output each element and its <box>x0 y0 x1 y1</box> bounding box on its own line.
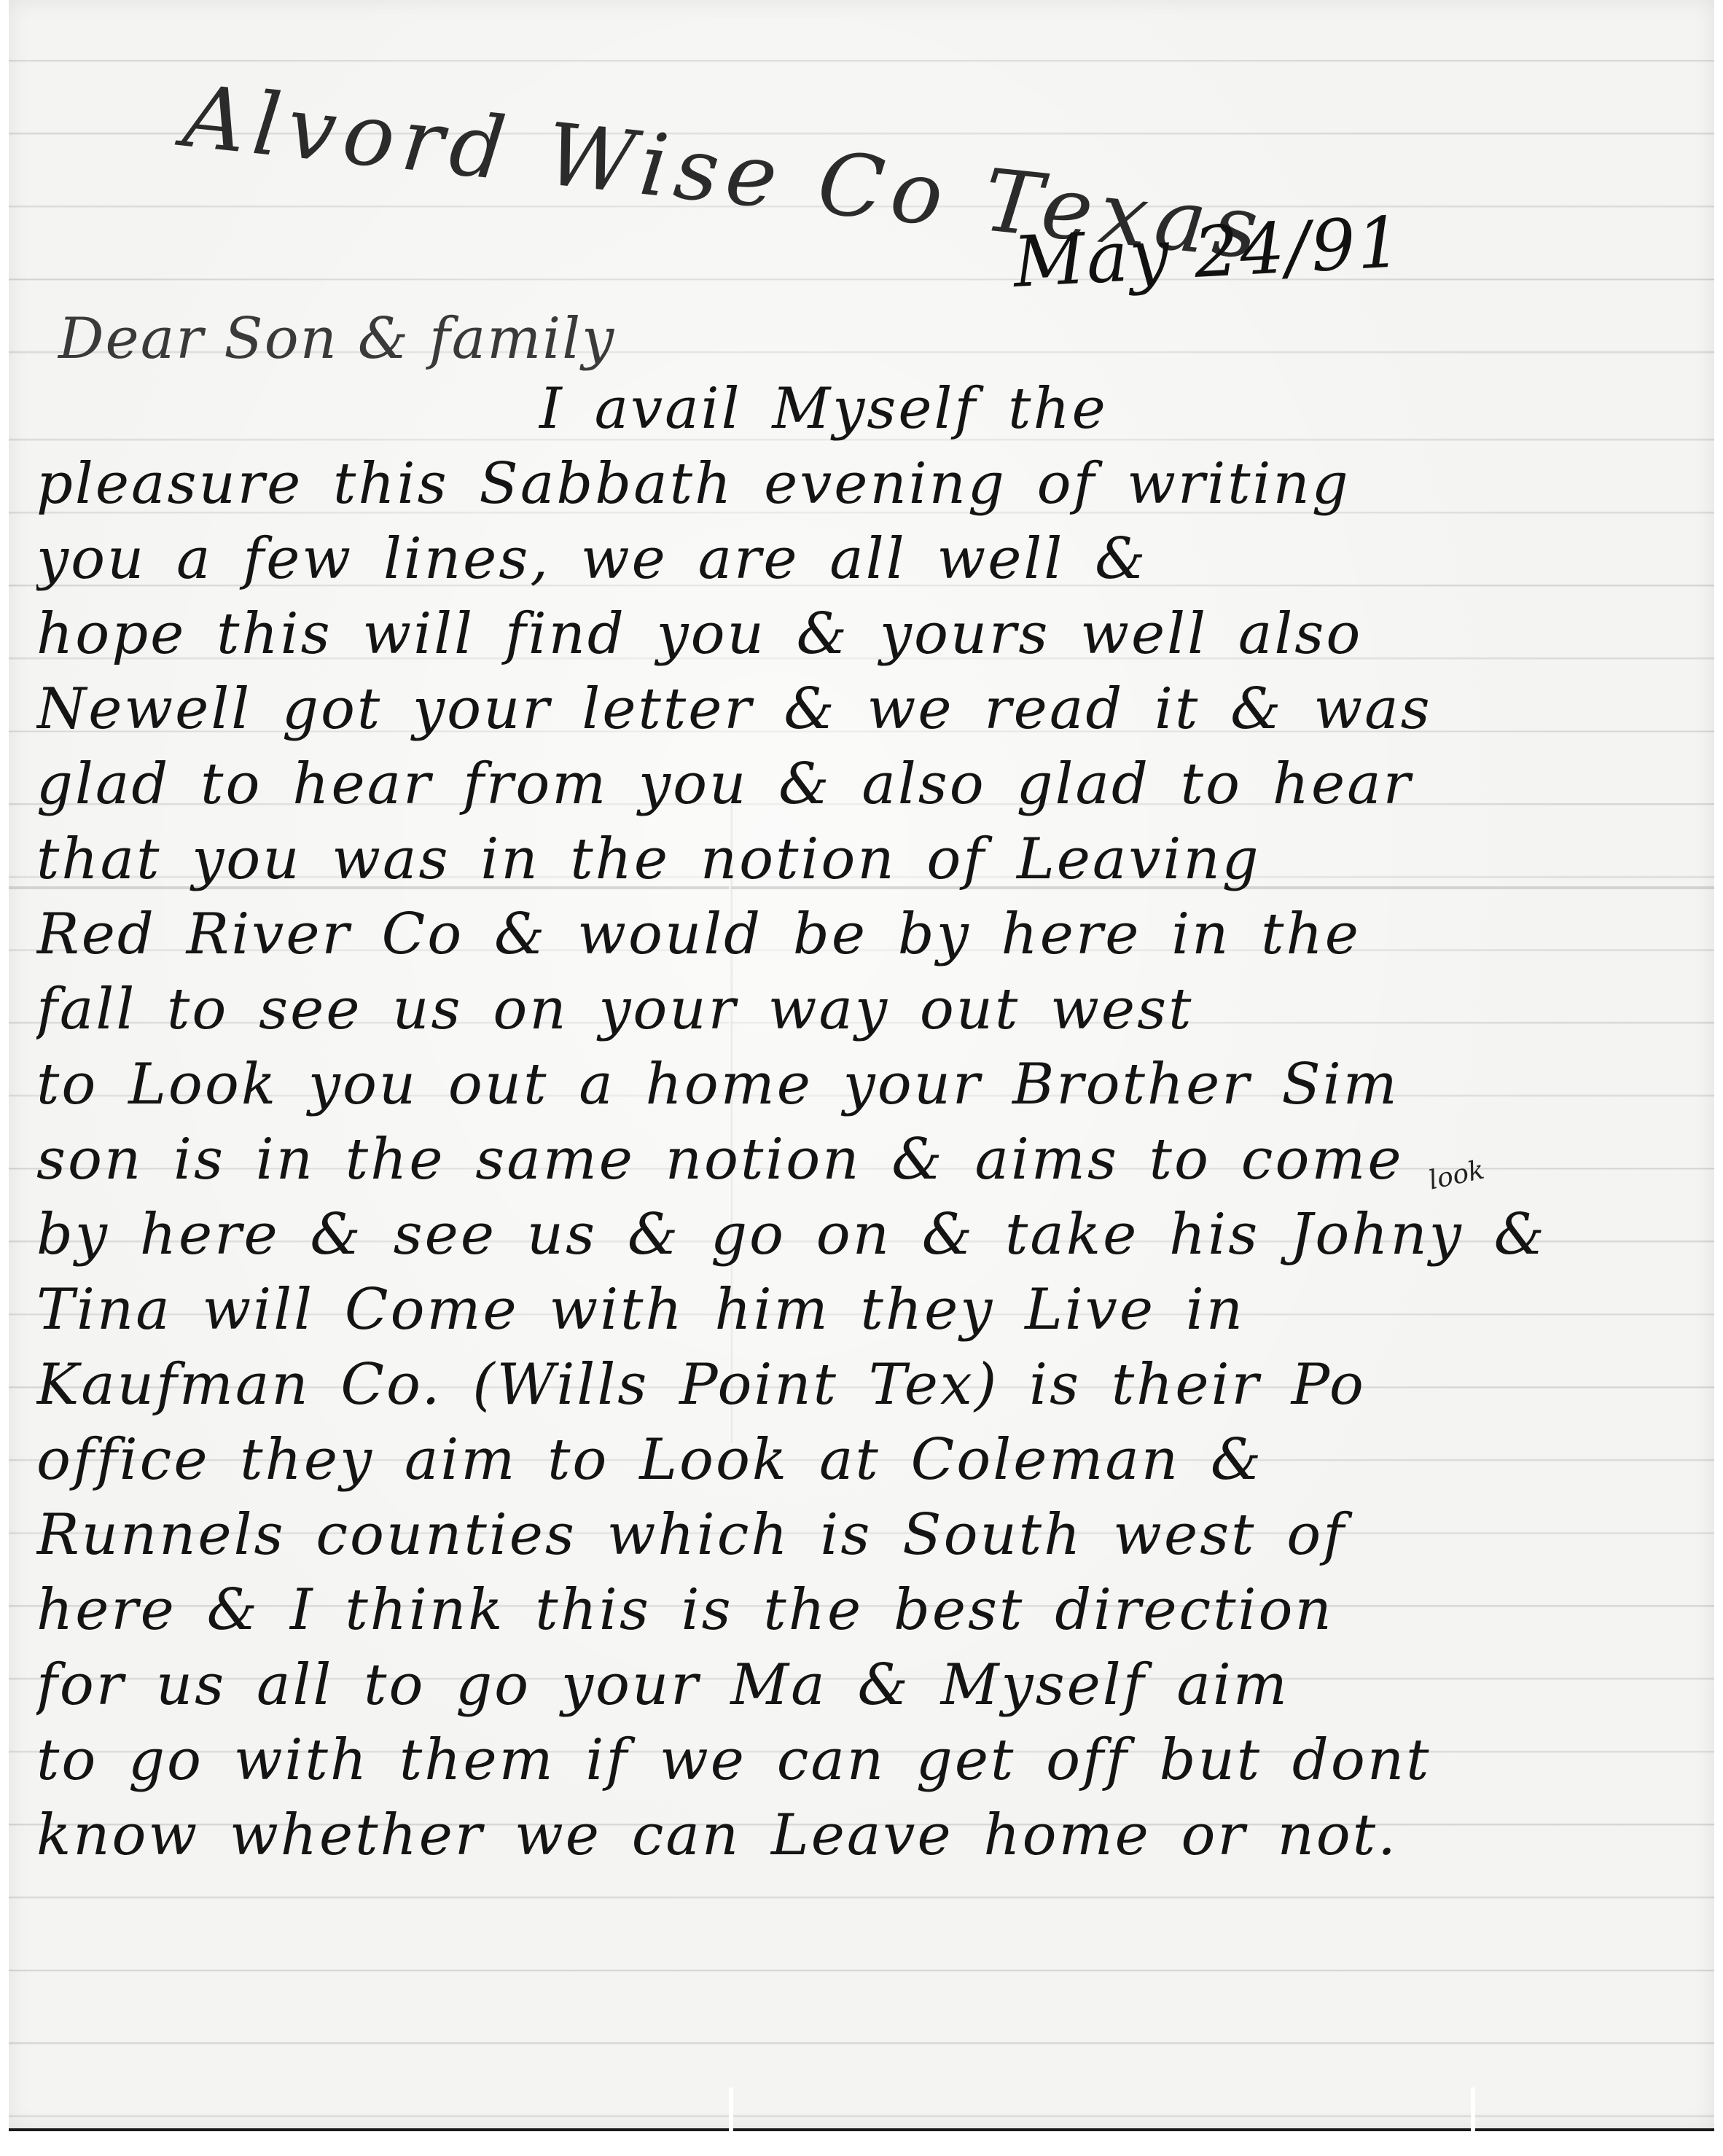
letter-line: for us all to go your Ma & Myself aim <box>36 1648 1698 1723</box>
letter-line: fall to see us on your way out west <box>36 972 1698 1047</box>
letter-line: glad to hear from you & also glad to hea… <box>36 747 1698 822</box>
letter-line: know whether we can Leave home or not. <box>36 1798 1698 1873</box>
paper-tear-notch <box>1471 2087 1475 2131</box>
letter-line: to go with them if we can get off but do… <box>36 1723 1698 1798</box>
letter-salutation: Dear Son & family <box>58 306 615 372</box>
letter-line: that you was in the notion of Leaving <box>36 822 1698 897</box>
letter-line: Newell got your letter & we read it & wa… <box>36 672 1698 747</box>
letter-line: I avail Myself the <box>36 372 1698 447</box>
letter-line: Runnels counties which is South west of <box>36 1498 1698 1573</box>
letter-line: by here & see us & go on & take his John… <box>36 1198 1698 1273</box>
letter-line: office they aim to Look at Coleman & <box>36 1423 1698 1498</box>
letter-body: I avail Myself the pleasure this Sabbath… <box>36 372 1698 1873</box>
letter-line: pleasure this Sabbath evening of writing <box>36 447 1698 522</box>
letter-line: you a few lines, we are all well & <box>36 522 1698 597</box>
letter-line: Tina will Come with him they Live in <box>36 1273 1698 1348</box>
letter-line: here & I think this is the best directio… <box>36 1573 1698 1648</box>
letter-line: hope this will find you & yours well als… <box>36 597 1698 672</box>
letter-line: to Look you out a home your Brother Sim <box>36 1047 1698 1122</box>
paper-tear-notch <box>729 2087 733 2131</box>
letter-line: Red River Co & would be by here in the <box>36 897 1698 972</box>
letter-line: Kaufman Co. (Wills Point Tex) is their P… <box>36 1348 1698 1423</box>
